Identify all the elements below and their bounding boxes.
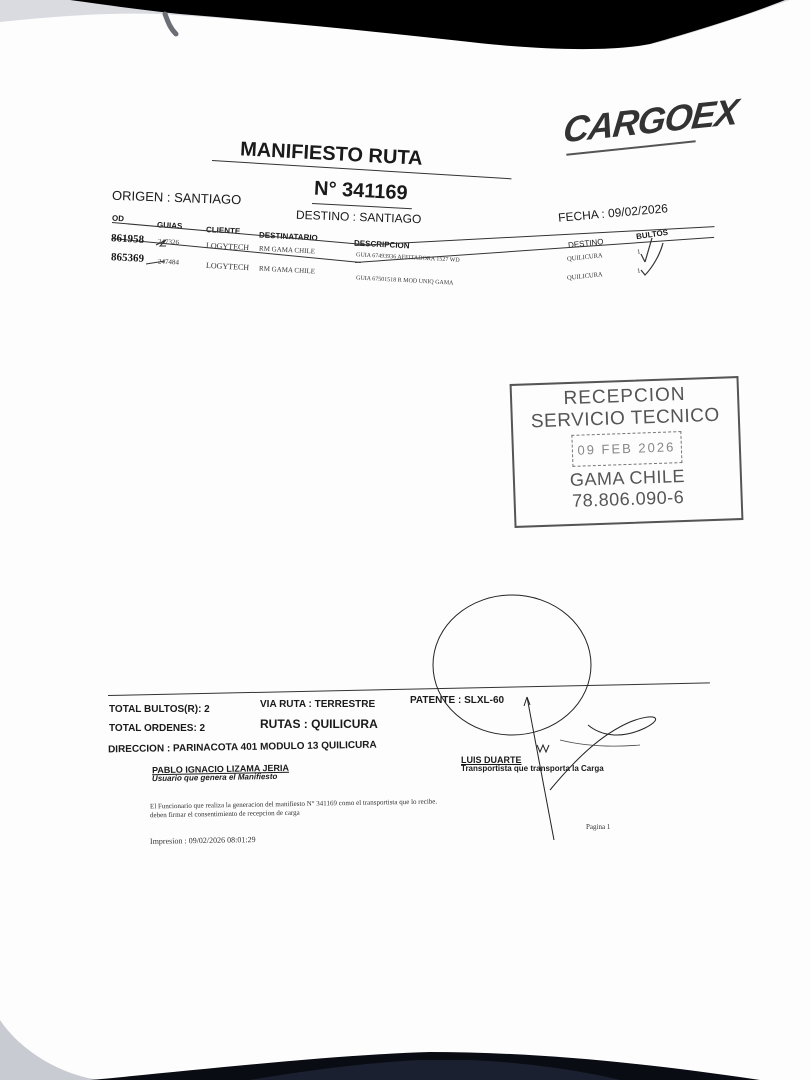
manifest-document: CARGOEX MANIFIESTO RUTA N° 341169 ORIGEN…	[0, 0, 810, 1080]
handwritten-signatures	[0, 0, 810, 1080]
